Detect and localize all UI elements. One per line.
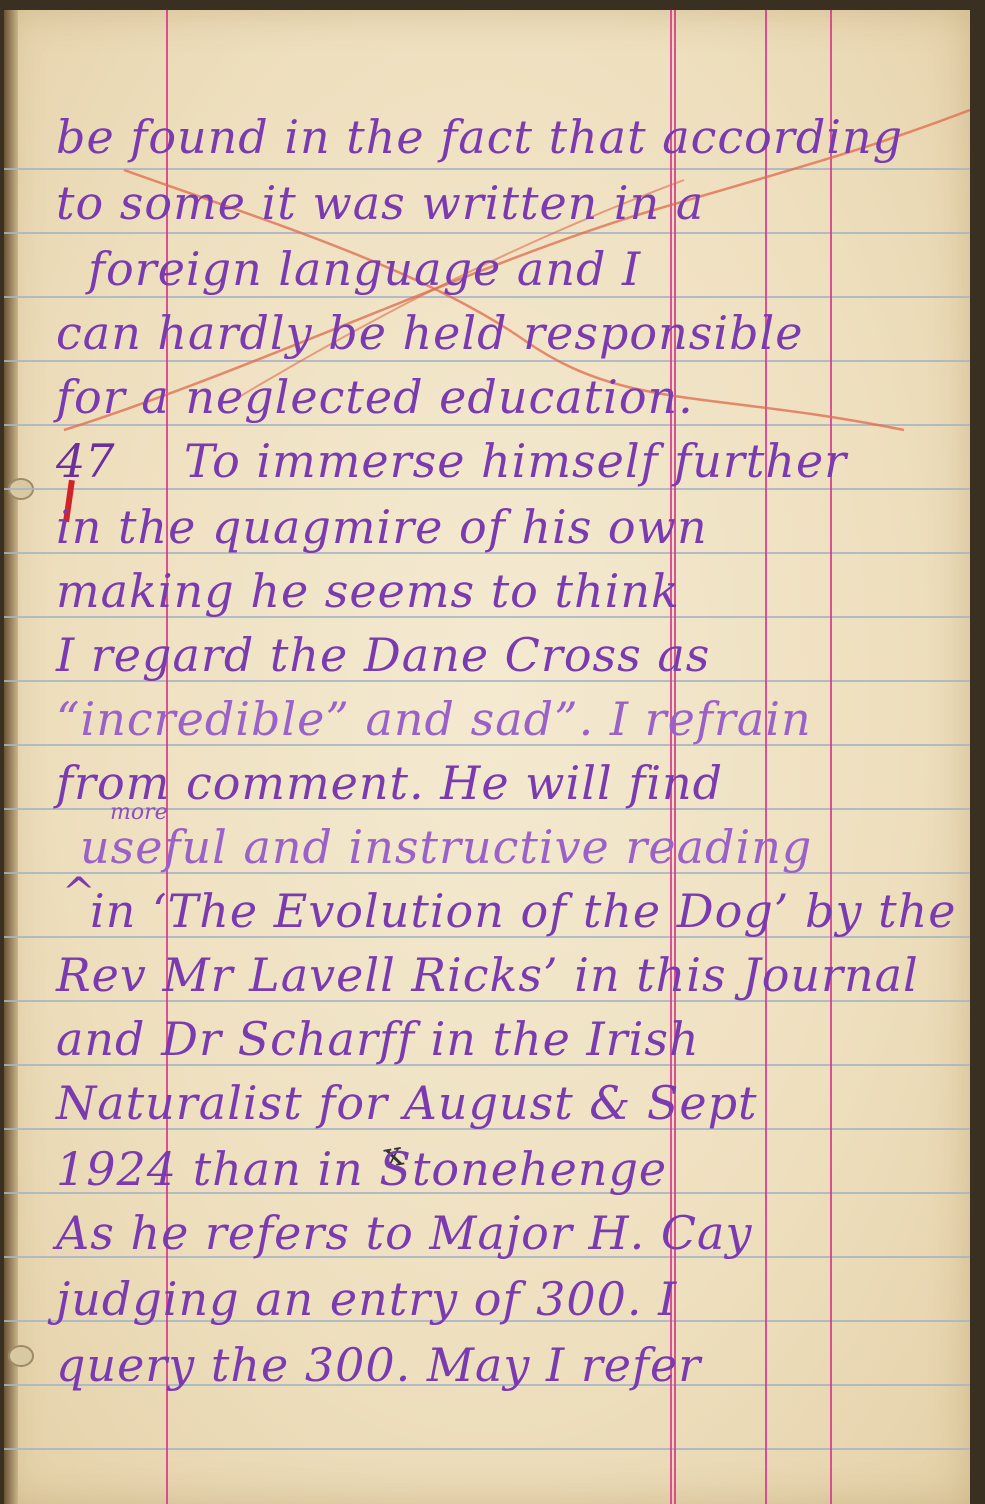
handwritten-line: useful and instructive reading [80,820,950,874]
notebook-page: be found in the fact that according to s… [4,10,970,1504]
paragraph-number: 47 [56,434,115,488]
handwritten-line: To immerse himself further [184,434,950,488]
handwritten-line: in ‘The Evolution of the Dog’ by the [90,884,950,938]
handwritten-line: query the 300. May I refer [56,1338,950,1392]
binding-hole [8,1345,34,1367]
handwritten-line: be found in the fact that according [56,110,950,164]
handwritten-line: for a neglected education. [56,370,950,424]
binding-edge [4,10,18,1504]
handwritten-line: Rev Mr Lavell Ricks’ in this Journal [56,948,950,1002]
ruled-line [4,296,970,298]
handwritten-line: foreign language and I [88,242,950,296]
ruled-line [4,424,970,426]
handwritten-line: to some it was written in a [56,176,950,230]
handwritten-line: can hardly be held responsible [56,306,950,360]
ruled-line [4,1448,970,1450]
handwritten-line: “incredible” and sad”. I refrain [56,692,950,746]
handwritten-line: and Dr Scharff in the Irish [56,1012,950,1066]
handwritten-line: making he seems to think [56,564,950,618]
ruled-line [4,360,970,362]
handwritten-line: I regard the Dane Cross as [56,628,950,682]
handwritten-line: from comment. He will find [56,756,950,810]
ruled-line [4,488,970,490]
handwritten-line: 1924 than in Stonehenge [56,1142,950,1196]
ruled-line [4,168,970,170]
handwritten-line: As he refers to Major H. Cay [56,1206,950,1260]
handwritten-line: Naturalist for August & Sept [56,1076,950,1130]
handwritten-line: in the quagmire of his own [56,500,950,554]
handwritten-line: judging an entry of 300. I [56,1272,950,1326]
ruled-line [4,232,970,234]
